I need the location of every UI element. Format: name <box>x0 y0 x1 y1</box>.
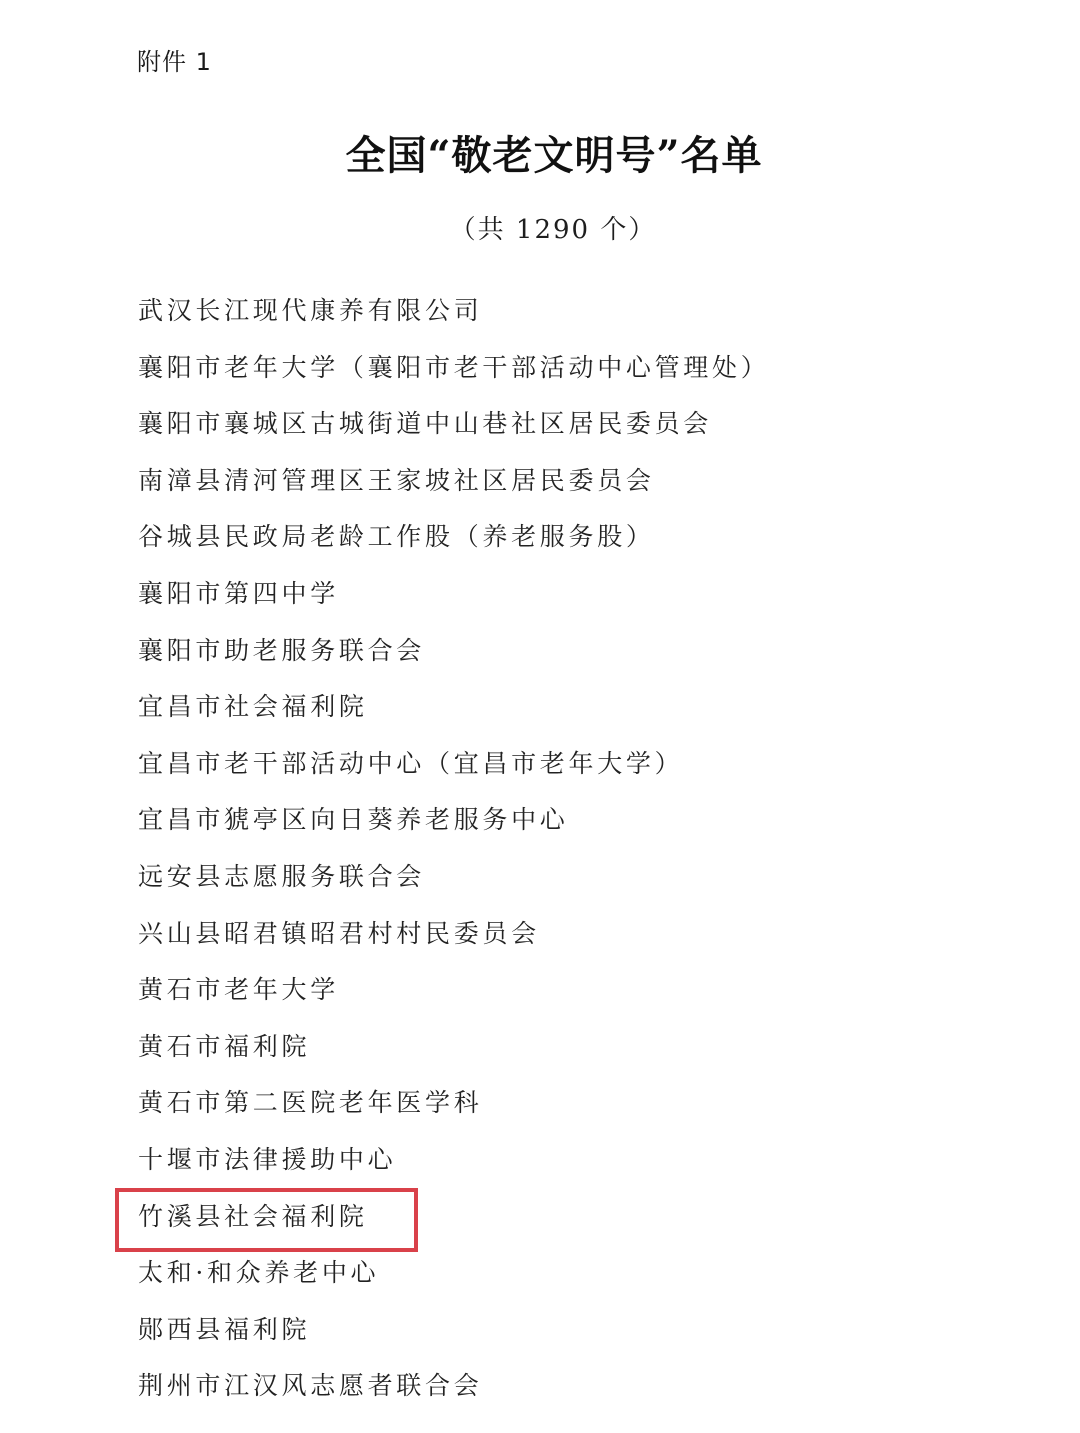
list-item: 郧西县福利院 <box>138 1311 769 1368</box>
list-item: 武汉长江现代康养有限公司 <box>138 292 769 349</box>
list-item: 襄阳市襄城区古城街道中山巷社区居民委员会 <box>138 405 769 462</box>
list-item: 荆州市江汉风志愿者联合会 <box>138 1367 769 1424</box>
total-count-subtitle: （共 1290 个） <box>0 212 1080 248</box>
list-item: 黄石市老年大学 <box>138 971 769 1028</box>
list-item: 宜昌市猇亭区向日葵养老服务中心 <box>138 801 769 858</box>
list-item: 南漳县清河管理区王家坡社区居民委员会 <box>138 462 769 519</box>
page-title: 全国“敬老文明号”名单 <box>0 130 1080 182</box>
list-item: 襄阳市老年大学（襄阳市老干部活动中心管理处） <box>138 349 769 406</box>
list-item: 太和·和众养老中心 <box>138 1254 769 1311</box>
list-item-highlighted: 竹溪县社会福利院 <box>138 1198 769 1255</box>
list-item: 襄阳市助老服务联合会 <box>138 632 769 689</box>
honoree-list: 武汉长江现代康养有限公司 襄阳市老年大学（襄阳市老干部活动中心管理处） 襄阳市襄… <box>138 292 769 1424</box>
list-item: 宜昌市社会福利院 <box>138 688 769 745</box>
list-item: 黄石市第二医院老年医学科 <box>138 1084 769 1141</box>
list-item: 十堰市法律援助中心 <box>138 1141 769 1198</box>
list-item: 谷城县民政局老龄工作股（养老服务股） <box>138 518 769 575</box>
attachment-label: 附件 1 <box>137 45 212 79</box>
list-item: 黄石市福利院 <box>138 1028 769 1085</box>
list-item: 襄阳市第四中学 <box>138 575 769 632</box>
list-item: 宜昌市老干部活动中心（宜昌市老年大学） <box>138 745 769 802</box>
list-item: 远安县志愿服务联合会 <box>138 858 769 915</box>
list-item: 兴山县昭君镇昭君村村民委员会 <box>138 915 769 972</box>
